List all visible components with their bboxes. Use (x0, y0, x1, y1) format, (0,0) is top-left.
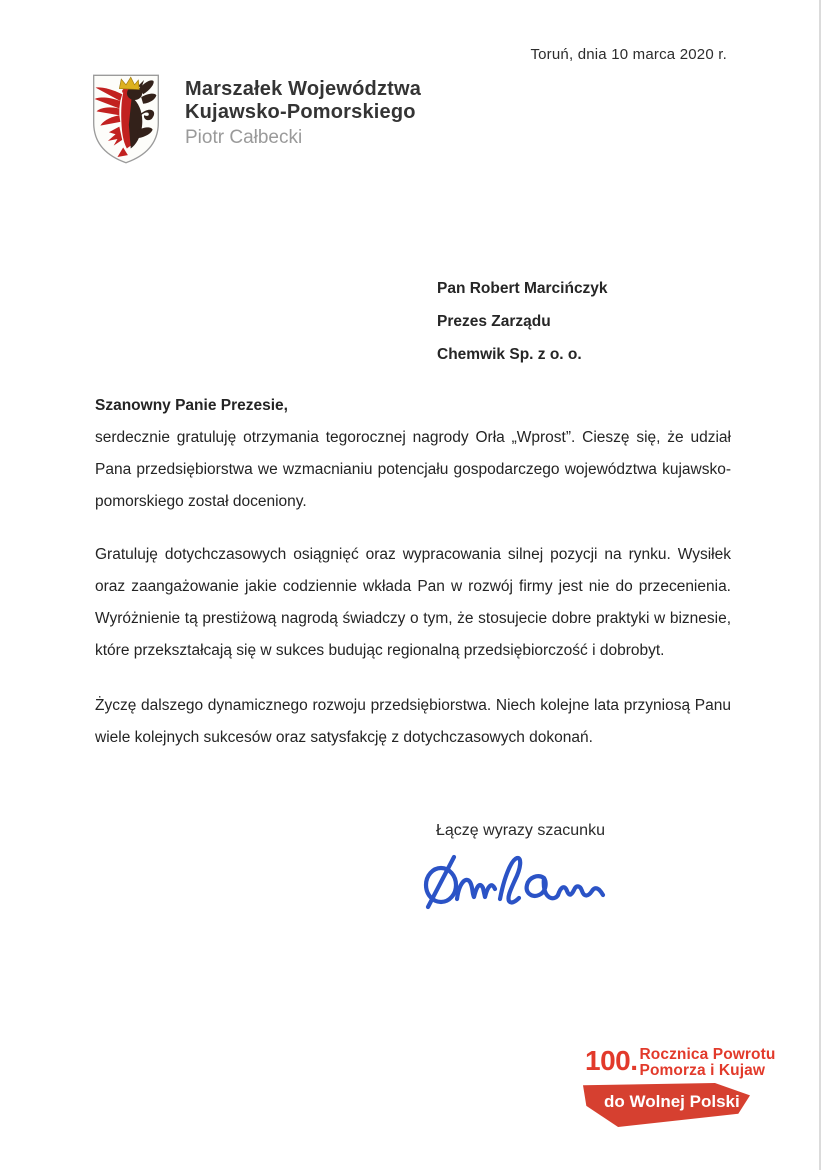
letter-page: Toruń, dnia 10 marca 2020 r. (0, 0, 827, 1170)
letterhead-person-name: Piotr Całbecki (185, 126, 421, 149)
anniversary-logo: 100. Rocznica Powrotu Pomorza i Kujaw do… (585, 1046, 797, 1127)
anniversary-title-line1: Rocznica Powrotu (640, 1047, 776, 1063)
paragraph-2: Gratuluję dotychczasowych osiągnięć oraz… (95, 539, 731, 667)
paragraph-3: Życzę dalszego dynamicznego rozwoju prze… (95, 690, 731, 754)
anniversary-banner-text: do Wolnej Polski (604, 1092, 740, 1112)
paragraph-1: serdecznie gratuluję otrzymania tegorocz… (95, 422, 731, 518)
signature-handwritten (418, 848, 618, 912)
recipient-title: Prezes Zarządu (437, 305, 608, 338)
coat-of-arms-kujawsko-pomorskie-icon (88, 68, 164, 170)
letterhead: Marszałek Województwa Kujawsko-Pomorskie… (88, 68, 421, 170)
anniversary-title-line2: Pomorza i Kujaw (640, 1063, 776, 1079)
letterhead-title-line2: Kujawsko-Pomorskiego (185, 101, 421, 124)
scan-edge-artifact (819, 0, 821, 1170)
signature-ink-icon (418, 848, 618, 912)
recipient-block: Pan Robert Marcińczyk Prezes Zarządu Che… (437, 272, 608, 371)
date-line: Toruń, dnia 10 marca 2020 r. (530, 46, 727, 63)
letterhead-text: Marszałek Województwa Kujawsko-Pomorskie… (185, 68, 421, 149)
anniversary-logo-top: 100. Rocznica Powrotu Pomorza i Kujaw (585, 1046, 797, 1079)
letterhead-title-line1: Marszałek Województwa (185, 78, 421, 101)
letter-body: Szanowny Panie Prezesie, serdecznie grat… (95, 390, 731, 775)
recipient-name: Pan Robert Marcińczyk (437, 272, 608, 305)
salutation: Szanowny Panie Prezesie, (95, 390, 731, 422)
anniversary-title: Rocznica Powrotu Pomorza i Kujaw (640, 1046, 776, 1079)
anniversary-banner-flag: do Wolnej Polski (583, 1083, 750, 1127)
anniversary-number: 100. (585, 1046, 638, 1076)
closing-phrase: Łączę wyrazy szacunku (436, 822, 605, 840)
recipient-company: Chemwik Sp. z o. o. (437, 338, 608, 371)
